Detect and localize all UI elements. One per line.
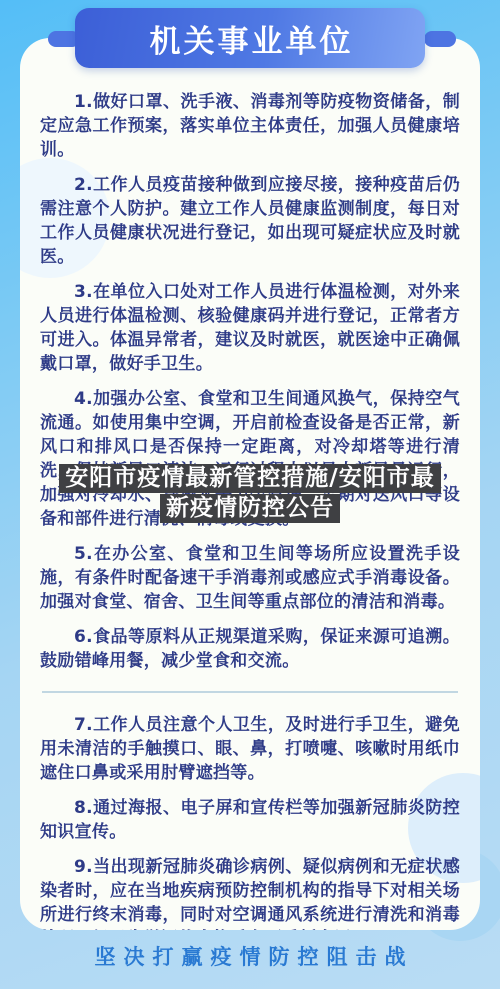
rule-item-1: 1.做好口罩、洗手液、消毒剂等防疫物资储备，制定应急工作预案，落实单位主体责任，… — [40, 90, 460, 162]
banner-right-tab — [424, 31, 456, 47]
rule-item-7: 7.工作人员注意个人卫生，及时进行手卫生，避免用未清洁的手触摸口、眼、鼻，打喷嚏… — [40, 713, 460, 785]
rule-item-5: 5.在办公室、食堂和卫生间等场所应设置洗手设施，有条件时配备速干手消毒剂或感应式… — [40, 542, 460, 614]
header-banner: 机关事业单位 — [75, 8, 425, 68]
rule-item-8: 8.通过海报、电子屏和宣传栏等加强新冠肺炎防控知识宣传。 — [40, 796, 460, 844]
page-title: 机关事业单位 — [147, 16, 354, 61]
section-divider — [42, 691, 458, 693]
rule-item-3: 3.在单位入口处对工作人员进行体温检测，对外来人员进行体温检测、核验健康码并进行… — [40, 280, 460, 376]
rule-item-6: 6.食品等原料从正规渠道采购，保证来源可追溯。鼓励错峰用餐，减少堂食和交流。 — [40, 625, 460, 673]
rule-item-9: 9.当出现新冠肺炎确诊病例、疑似病例和无症状感染者时，应在当地疾病预防控制机构的… — [40, 855, 460, 930]
overlay-line-1: 安阳市疫情最新管控措施/安阳市最 — [0, 464, 500, 494]
footer-slogan: 坚决打赢疫情防控阻击战 — [0, 941, 500, 971]
poster-canvas: 1.做好口罩、洗手液、消毒剂等防疫物资储备，制定应急工作预案，落实单位主体责任，… — [0, 0, 500, 989]
rule-item-2: 2.工作人员疫苗接种做到应接尽接，接种疫苗后仍需注意个人防护。建立工作人员健康监… — [40, 173, 460, 269]
watermark-title-overlay: 安阳市疫情最新管控措施/安阳市最 新疫情防控公告 — [0, 464, 500, 524]
overlay-line-2: 新疫情防控公告 — [0, 494, 500, 524]
